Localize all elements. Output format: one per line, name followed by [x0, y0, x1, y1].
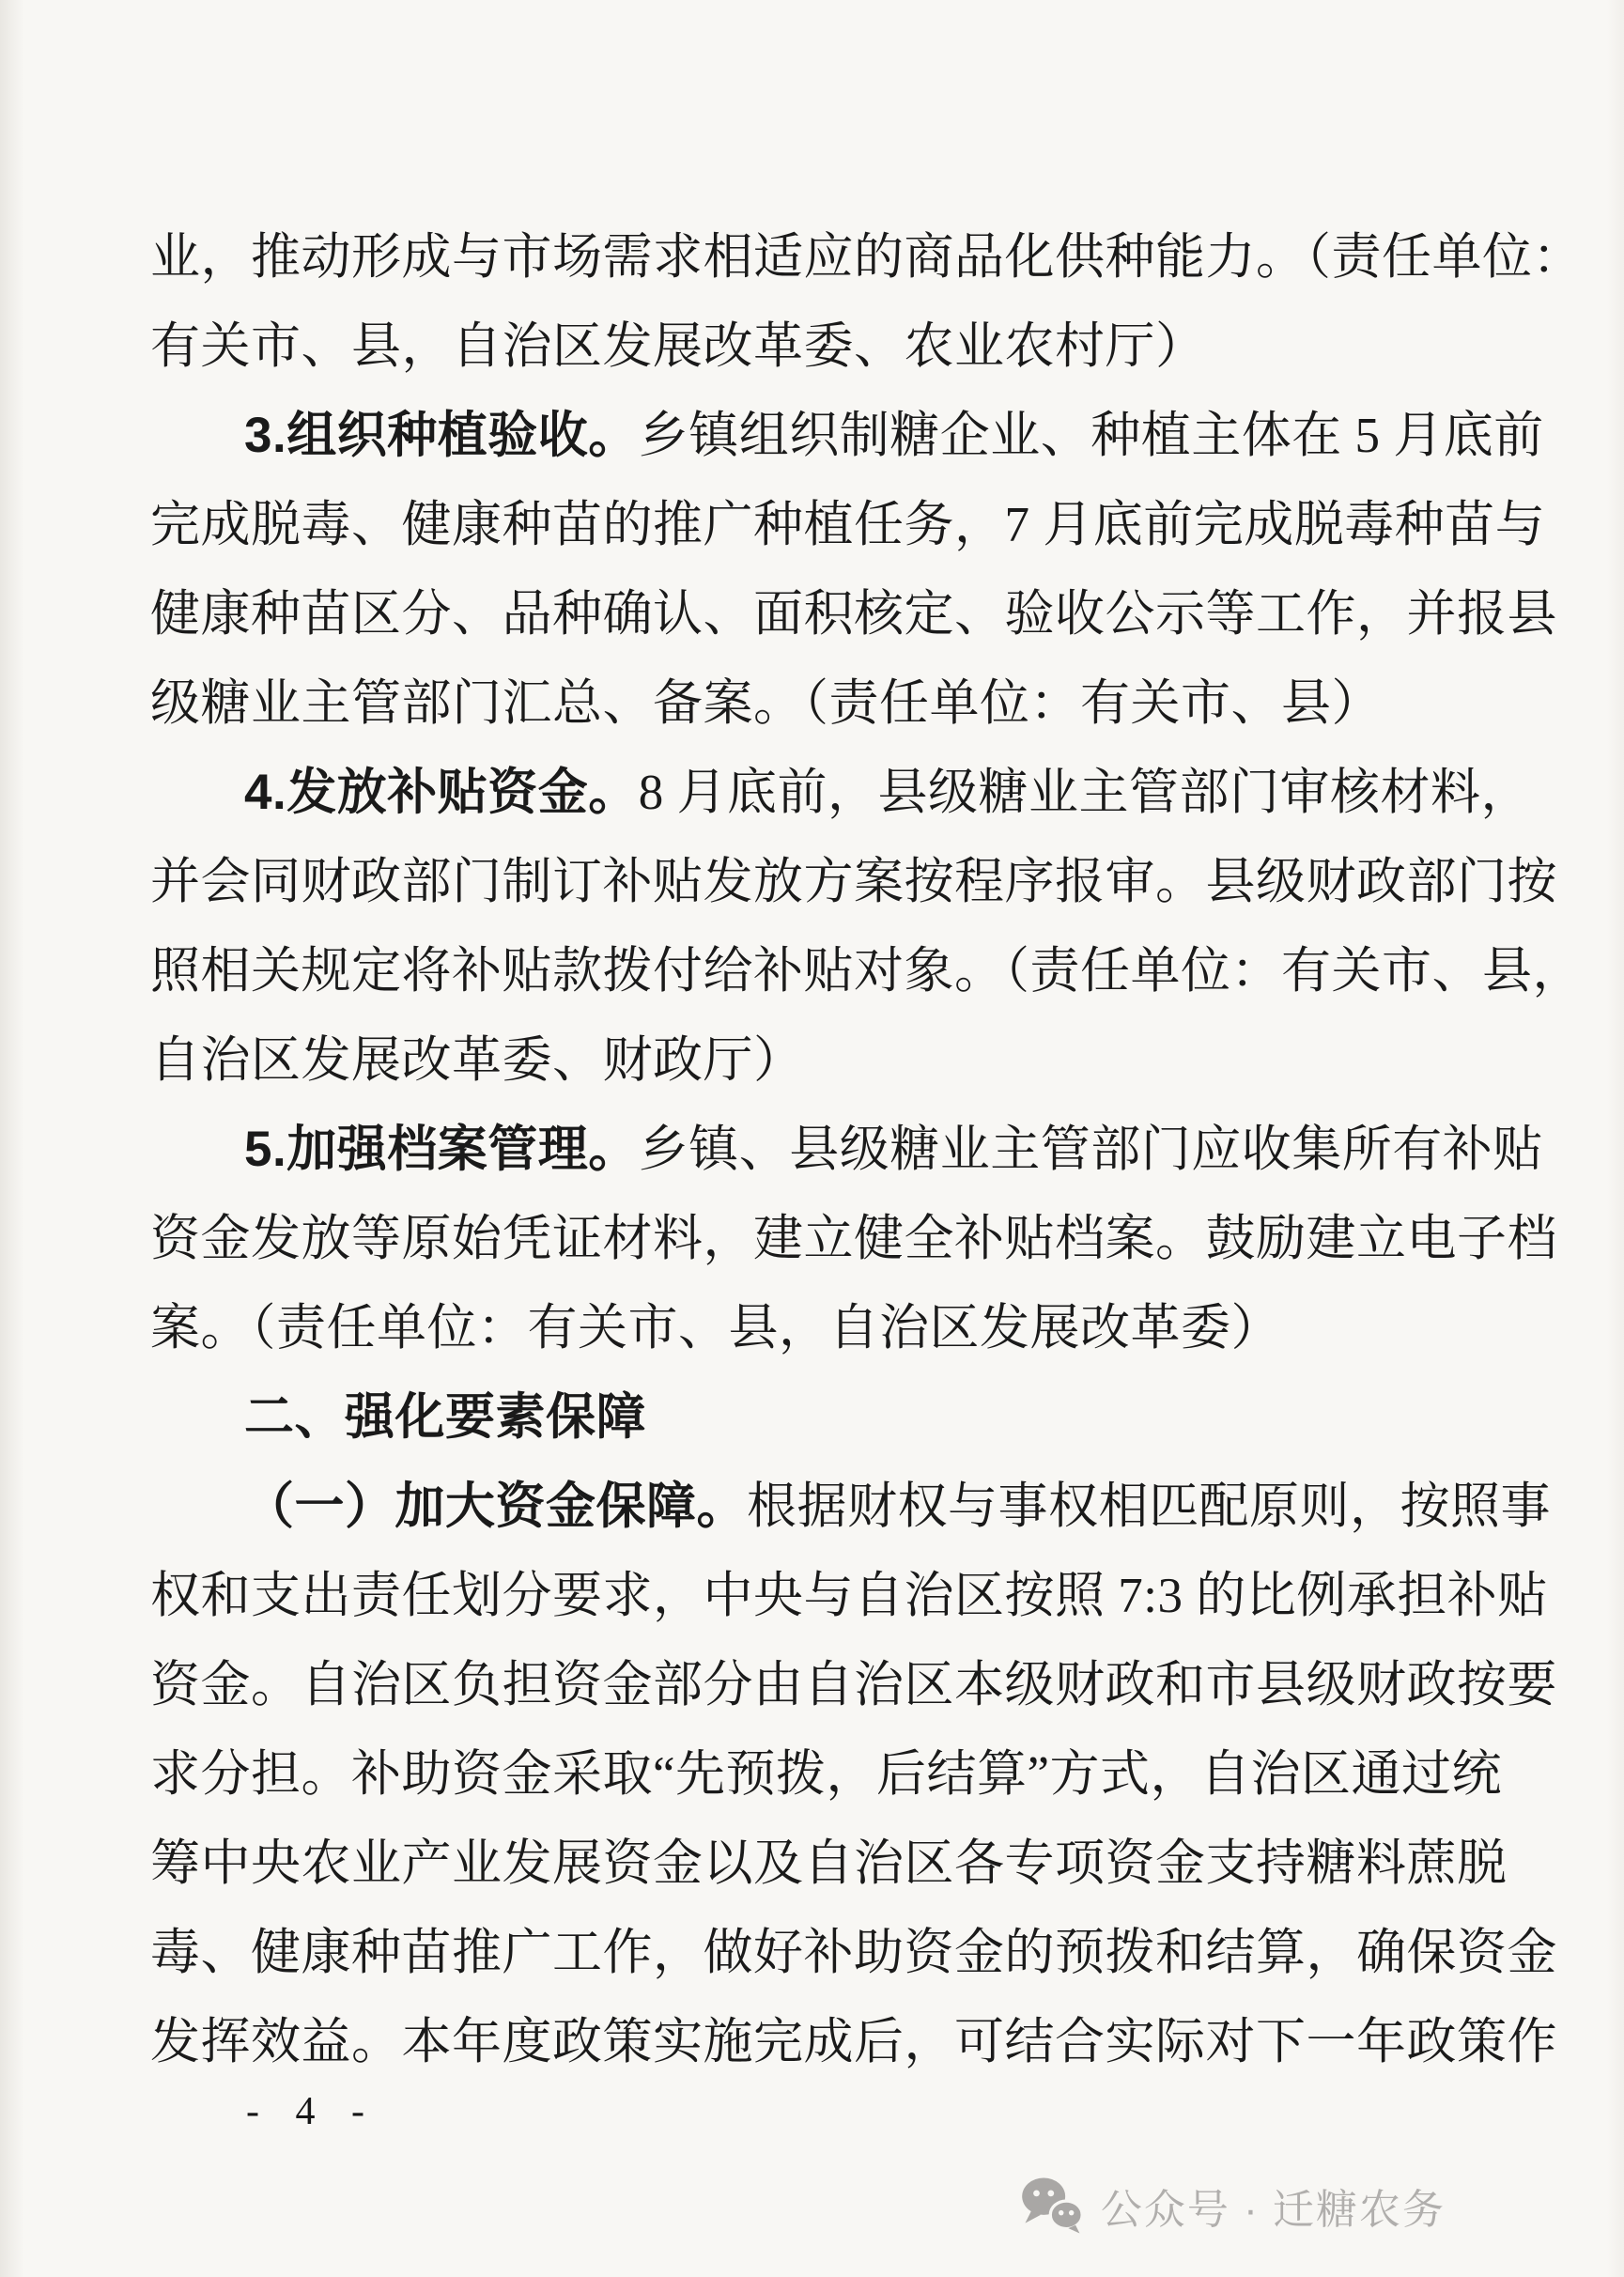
text-line: 5.加强档案管理。乡镇、县级糖业主管部门应收集所有补贴 [150, 1105, 1480, 1194]
wechat-watermark: 公众号 · 迁糖农务 [1020, 2176, 1446, 2236]
wechat-icon [1020, 2176, 1086, 2235]
text-line: 资金发放等原始凭证材料，建立健全补贴档案。鼓励建立电子档 [150, 1194, 1480, 1283]
text-line: 筹中央农业产业发展资金以及自治区各专项资金支持糖料蔗脱 [150, 1819, 1480, 1908]
page-number: - 4 - [246, 2089, 378, 2134]
text-line: 完成脱毒、健康种苗的推广种植任务，7 月底前完成脱毒种苗与 [150, 480, 1480, 569]
text-line: 照相关规定将补贴款拨付给补贴对象。（责任单位：有关市、县， [150, 926, 1480, 1015]
text-line: 案。（责任单位：有关市、县，自治区发展改革委） [150, 1283, 1480, 1372]
text-line: 资金。自治区负担资金部分由自治区本级财政和市县级财政按要 [150, 1640, 1480, 1729]
text-line: 自治区发展改革委、财政厅） [150, 1015, 1480, 1105]
text-line: 并会同财政部门制订补贴发放方案按程序报审。县级财政部门按 [150, 837, 1480, 926]
text-line: 毒、健康种苗推广工作，做好补助资金的预拨和结算，确保资金 [150, 1908, 1480, 1997]
text-line: 权和支出责任划分要求，中央与自治区按照 7:3 的比例承担补贴 [150, 1551, 1480, 1640]
text-line: 业，推动形成与市场需求相适应的商品化供种能力。（责任单位： [150, 212, 1480, 302]
document-body: 业，推动形成与市场需求相适应的商品化供种能力。（责任单位： 有关市、县，自治区发… [150, 212, 1480, 2086]
text-line: 级糖业主管部门汇总、备案。（责任单位：有关市、县） [150, 658, 1480, 748]
text-line: 3.组织种植验收。乡镇组织制糖企业、种植主体在 5 月底前 [150, 391, 1480, 480]
text-line: 发挥效益。本年度政策实施完成后，可结合实际对下一年政策作 [150, 1997, 1480, 2086]
document-page: 业，推动形成与市场需求相适应的商品化供种能力。（责任单位： 有关市、县，自治区发… [0, 0, 1624, 2277]
section-heading: 二、强化要素保障 [150, 1372, 1480, 1462]
text-line: 4.发放补贴资金。8 月底前，县级糖业主管部门审核材料， [150, 748, 1480, 837]
text-line: 求分担。补助资金采取“先预拨，后结算”方式，自治区通过统 [150, 1729, 1480, 1819]
watermark-text: 公众号 · 迁糖农务 [1101, 2176, 1446, 2236]
text-line: 健康种苗区分、品种确认、面积核定、验收公示等工作，并报县 [150, 569, 1480, 658]
text-line: 有关市、县，自治区发展改革委、农业农村厅） [150, 302, 1480, 391]
text-line: （一）加大资金保障。根据财权与事权相匹配原则，按照事 [150, 1462, 1480, 1551]
